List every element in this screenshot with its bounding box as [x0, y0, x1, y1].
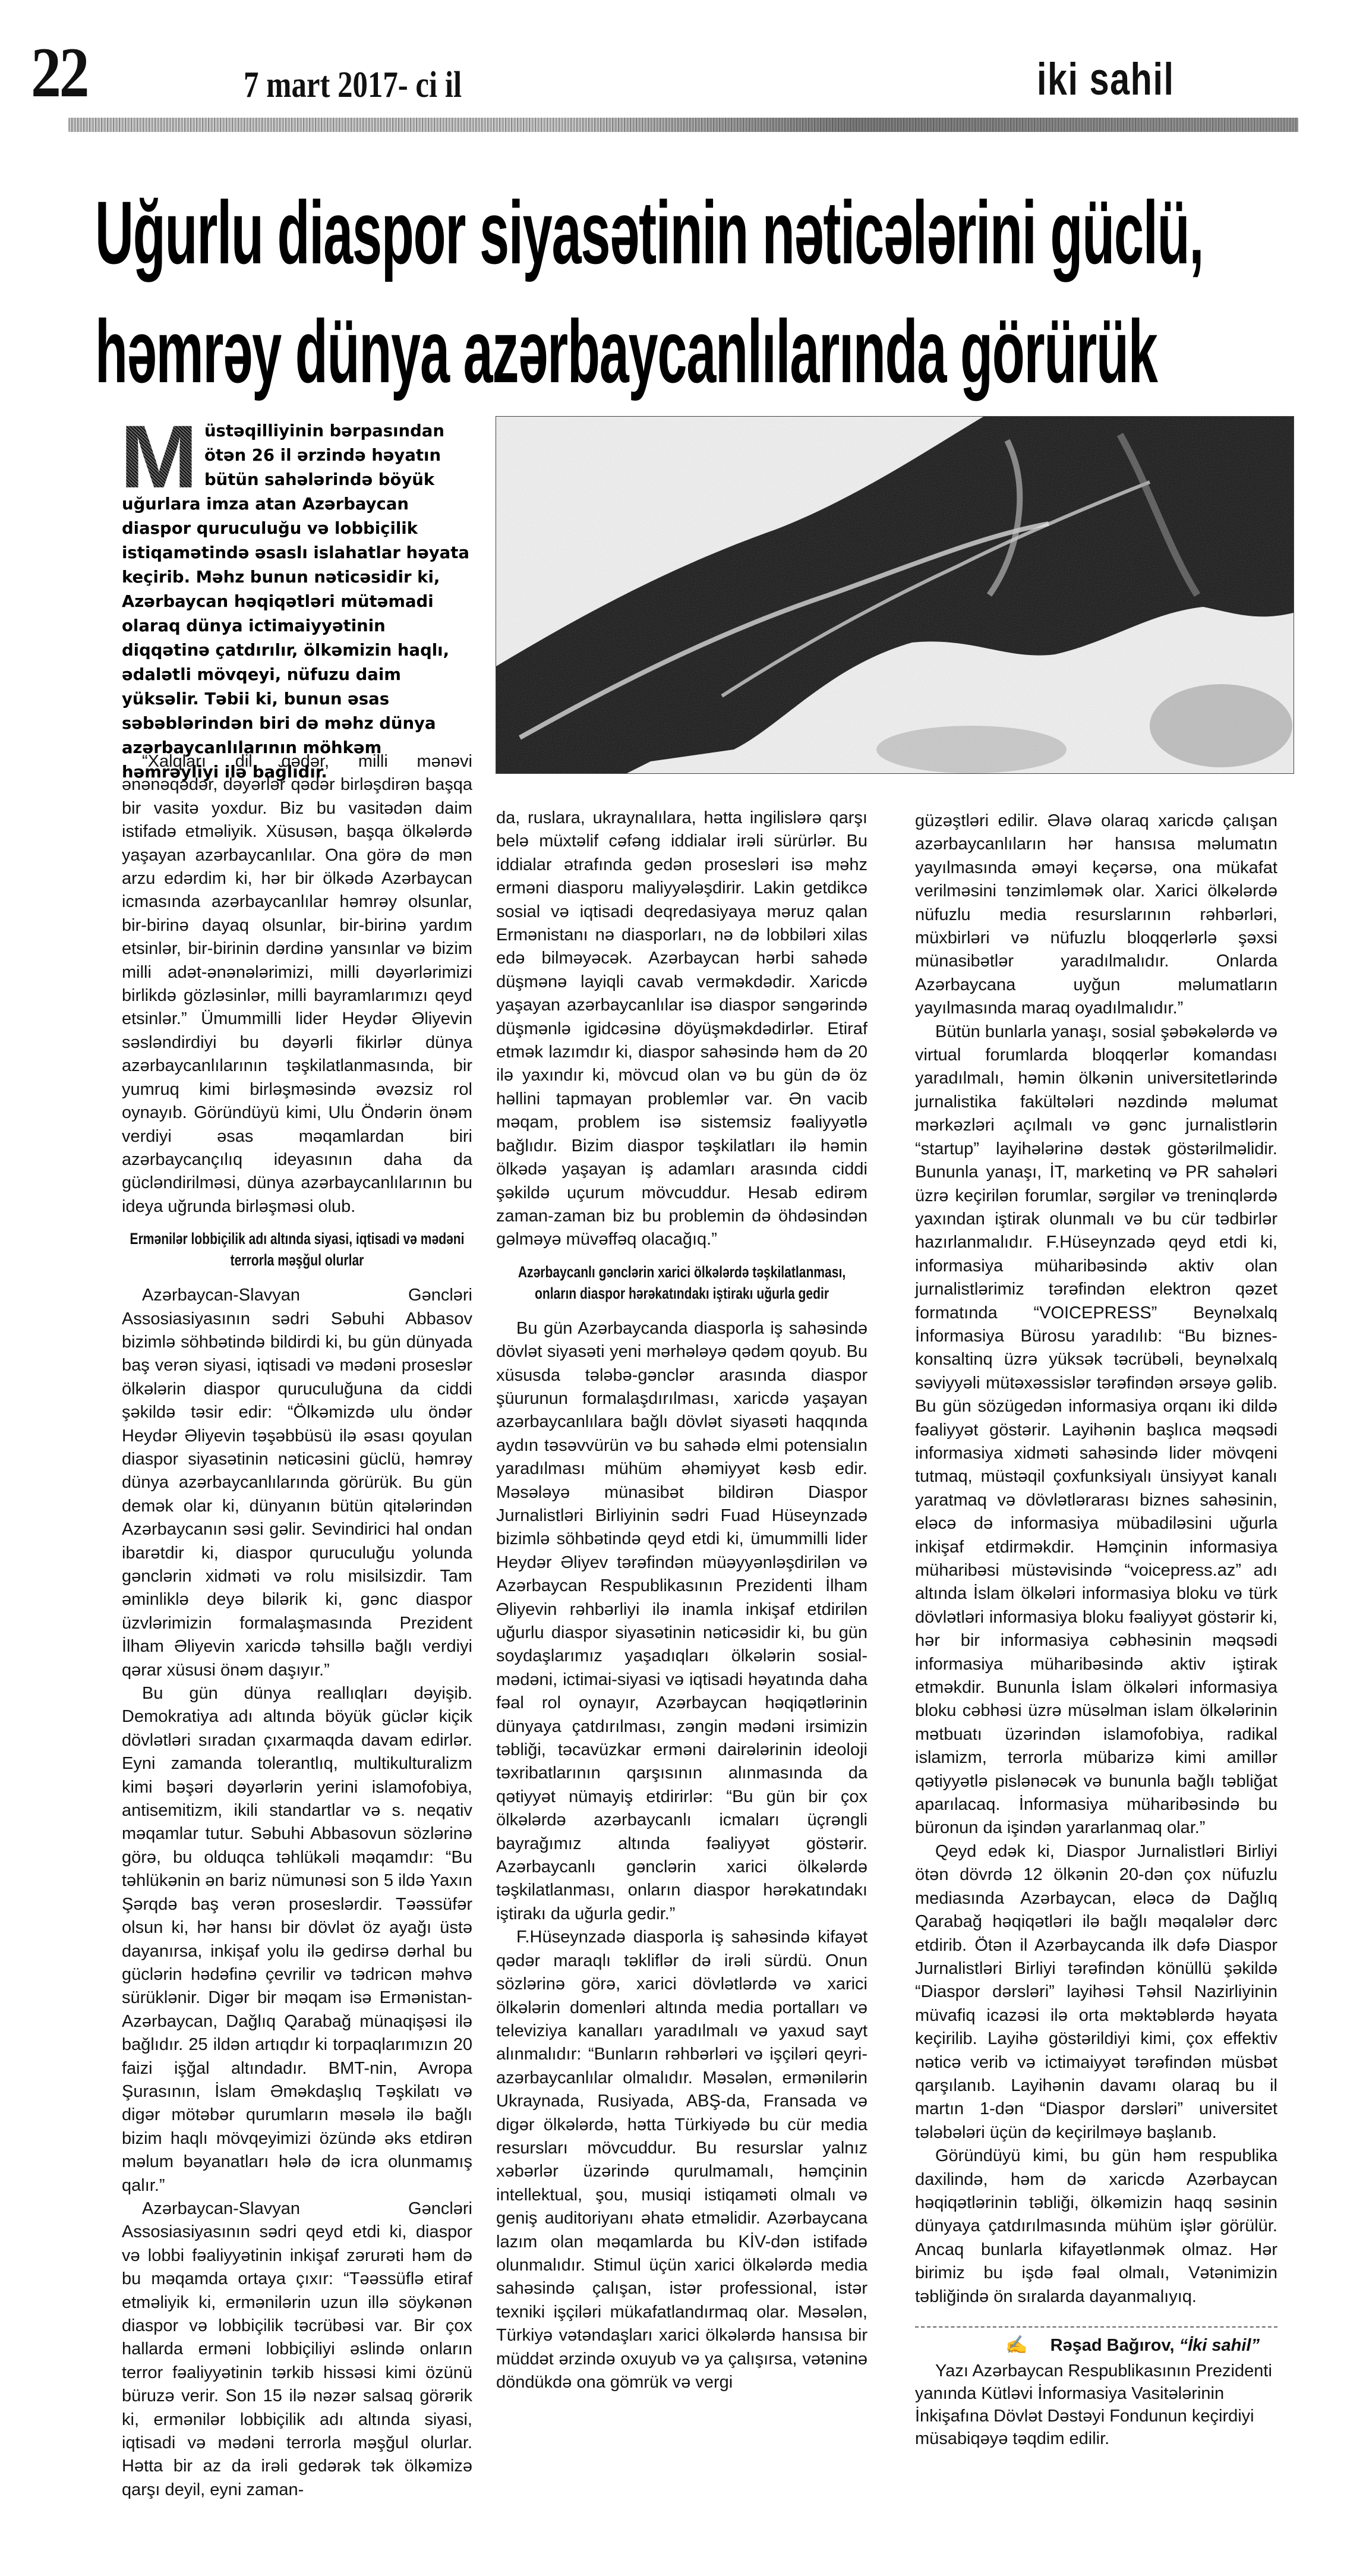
paragraph: “Xalqları dil qədər, milli mənəvi ənənəq…: [122, 750, 472, 1218]
headline-line-1: Uğurlu diaspor siyasətinin nəticələrini …: [95, 173, 808, 292]
signature-divider: [915, 2326, 1277, 2328]
paragraph: da, ruslara, ukraynalılara, hətta ingili…: [496, 807, 867, 1252]
paragraph: Bu gün dünya reallıqları dəyişib. Demokr…: [122, 1682, 472, 2197]
author-organization: “İki sahil”: [1179, 2336, 1260, 2355]
subheading: Ermənilər lobbiçilik adı altında siyasi,…: [124, 1228, 471, 1271]
issue-date: 7 mart 2017- ci il: [244, 67, 462, 103]
headline-line-2: həmrəy dünya azərbaycanlılarında görürük: [95, 292, 808, 411]
pen-icon: ✍: [1005, 2333, 1027, 2357]
flag-photo: [496, 416, 1294, 774]
subheading: Azərbaycanlı gənclərin xarici ölkələrdə …: [500, 1261, 863, 1304]
column-right: güzəştləri edilir. Əlavə olaraq xaricdə …: [915, 810, 1277, 2450]
author-signature: ✍ Rəşad Bağırov, “İki sahil”: [915, 2333, 1277, 2357]
paragraph: Bütün bunlarla yanaşı, sosial şəbəkələrd…: [915, 1021, 1277, 1840]
drop-cap: M: [120, 421, 198, 492]
masthead-divider: [68, 118, 1298, 132]
author-name: Rəşad Bağırov,: [1050, 2336, 1175, 2355]
page-number: 22: [31, 37, 87, 108]
column-middle: da, ruslara, ukraynalılara, hətta ingili…: [496, 807, 867, 2394]
article-lead: M üstəqilliyinin bərpasından ötən 26 il …: [122, 419, 469, 785]
paragraph: Qeyd edək ki, Diaspor Jurnalistləri Birl…: [915, 1840, 1277, 2144]
flag-photo-icon: [496, 417, 1294, 773]
masthead: 22 7 mart 2017- ci il iki sahil: [0, 0, 1366, 155]
newspaper-name: iki sahil: [1037, 57, 1175, 102]
paragraph: Azərbaycan-Slavyan Gəncləri Assosiasiyas…: [122, 1284, 472, 1682]
paragraph: Bu gün Azərbaycanda diasporla iş sahəsin…: [496, 1317, 867, 1926]
column-left: “Xalqları dil qədər, milli mənəvi ənənəq…: [122, 750, 472, 2502]
paragraph: Göründüyü kimi, bu gün həm respublika da…: [915, 2144, 1277, 2309]
subheading-2-wrap: Azərbaycanlı gənclərin xarici ölkələrdə …: [449, 1261, 915, 1304]
competition-note: Yazı Azərbaycan Respublikasının Preziden…: [915, 2360, 1277, 2450]
article-headline: Uğurlu diaspor siyasətinin nəticələrini …: [95, 173, 1283, 411]
paragraph: güzəştləri edilir. Əlavə olaraq xaricdə …: [915, 810, 1277, 1021]
paragraph: Azərbaycan-Slavyan Gəncləri Assosiasiyas…: [122, 2197, 472, 2502]
paragraph: F.Hüseynzadə diasporla iş sahəsində kifa…: [496, 1926, 867, 2394]
